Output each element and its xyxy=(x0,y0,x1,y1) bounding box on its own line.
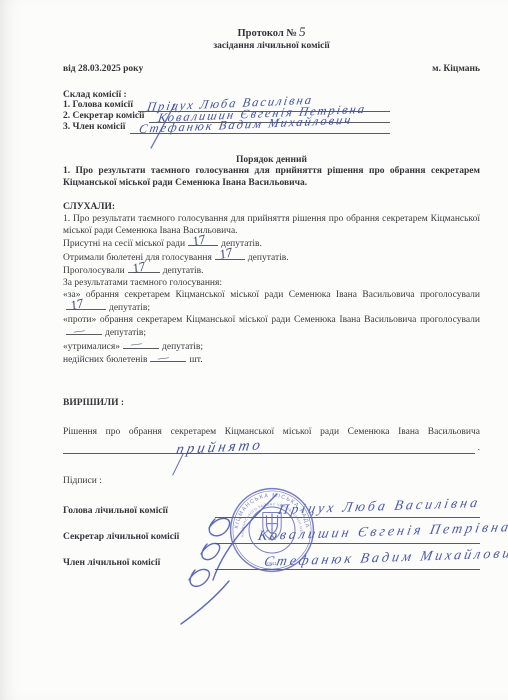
vote-suffix: депутатів; xyxy=(109,303,150,313)
signatures-section: Підписи : Голова лічильної комісії Пріцу… xyxy=(63,476,480,570)
decision-underline: прийнято xyxy=(63,440,475,454)
trident-icon xyxy=(266,513,277,539)
vote-suffix: депутатів; xyxy=(162,342,203,352)
signature-rows: Голова лічильної комісії Пріцух Люба Вас… xyxy=(63,492,480,570)
stat-suffix: депутатів. xyxy=(248,253,289,263)
blank-field: 17 xyxy=(66,301,106,310)
vote-suffix: шт. xyxy=(189,355,202,365)
vote-prefix: недійсних бюлетенів xyxy=(63,355,147,365)
pen-stroke xyxy=(181,581,229,624)
blank-field: 17 xyxy=(215,251,245,260)
heard-paragraph: 1. Про результати таємного голосування д… xyxy=(63,214,480,237)
pen-stroke xyxy=(189,569,209,586)
blank-field: — xyxy=(66,326,102,335)
heard-heading: СЛУХАЛИ: xyxy=(63,202,480,214)
stamp-code: 0611 xyxy=(267,561,277,566)
stat-line-voted: Проголосували17депутатів. xyxy=(63,264,480,278)
handwritten-dash: — xyxy=(158,352,170,365)
stat-line-ballots: Отримали бюлетені для голосування17депут… xyxy=(63,251,480,265)
scanned-protocol-page: Протокол №5 засідання лічильної комісії … xyxy=(0,0,508,700)
vote-prefix: «утрималися» xyxy=(63,342,120,352)
vote-prefix: «за» обрання секретарем Кіцманської місь… xyxy=(63,290,480,300)
vote-line-against: «проти» обрання секретарем Кіцманської м… xyxy=(63,315,480,340)
handwritten-dash: — xyxy=(130,339,142,352)
protocol-date: від 28.03.2025 року xyxy=(63,64,143,76)
protocol-subtitle: засідання лічильної комісії xyxy=(63,40,480,52)
vote-line-invalid: недійсних бюлетенів—шт. xyxy=(63,353,480,367)
signature-label: Голова лічильної комісії xyxy=(63,506,215,518)
resolved-heading: ВИРІШИЛИ : xyxy=(63,398,480,410)
signature-label: Секретар лічильної комісії xyxy=(63,532,215,544)
vote-line-abstained: «утрималися»—депутатів; xyxy=(63,340,480,354)
decision-line: прийнято . xyxy=(63,440,480,454)
decision-handwritten: прийнято xyxy=(175,440,264,456)
composition-row: 3. Член комісії Стефанюк Вадим Михайлови… xyxy=(63,123,480,134)
agenda-section: Порядок денний 1. Про результати таємног… xyxy=(63,155,480,190)
protocol-title: Протокол №5 xyxy=(63,26,480,40)
stat-prefix: Проголосували xyxy=(63,266,125,276)
vote-prefix: «проти» обрання секретарем Кіцманської м… xyxy=(63,315,480,325)
member-label: 3. Член комісії xyxy=(63,122,125,134)
stat-suffix: депутатів. xyxy=(163,266,204,276)
handwritten-number: 17 xyxy=(131,260,146,274)
blank-field: — xyxy=(123,340,159,349)
vote-line-for: «за» обрання секретарем Кіцманської місь… xyxy=(63,290,480,315)
dateline: від 28.03.2025 року м. Кіцмань xyxy=(63,64,480,76)
stat-prefix: Присутні на сесії міської ради xyxy=(63,239,185,249)
document-content: Протокол №5 засідання лічильної комісії … xyxy=(63,0,480,570)
handwritten-number: 17 xyxy=(191,233,206,247)
blank-field: — xyxy=(150,353,186,362)
agenda-heading: Порядок денний xyxy=(63,155,480,167)
handwritten-number: 17 xyxy=(69,297,84,311)
member-name-line: Стефанюк Вадим Михайлович xyxy=(130,122,390,134)
blank-field: 17 xyxy=(188,237,218,246)
heard-section: СЛУХАЛИ: 1. Про результати таємного голо… xyxy=(63,202,480,367)
protocol-title-text: Протокол № xyxy=(238,28,297,39)
decision-paragraph: Рішення про обрання секретарем Кіцманськ… xyxy=(63,427,480,439)
protocol-place: м. Кіцмань xyxy=(432,64,480,76)
handwritten-dash: — xyxy=(73,325,85,338)
protocol-number-handwritten: 5 xyxy=(298,26,306,38)
results-intro: За результатами таємного голосування: xyxy=(63,278,480,290)
stat-line-present: Присутні на сесії міської ради17депутаті… xyxy=(63,237,480,251)
signature-label: Член лічильної комісії xyxy=(63,558,215,570)
official-stamp: КІЦМАНСЬКА МІСЬКА РАДА КІЦМАНСЬКОГО РАЙО… xyxy=(226,484,318,576)
commission-composition: Склад комісії : 1. Голова комісії Пріцух… xyxy=(63,90,480,134)
blank-field: 17 xyxy=(128,264,160,273)
agenda-item: 1. Про результати таємного голосування д… xyxy=(63,166,480,189)
document-header: Протокол №5 засідання лічильної комісії xyxy=(63,26,480,52)
decision-period: . xyxy=(478,443,480,455)
handwritten-number: 17 xyxy=(218,246,233,260)
